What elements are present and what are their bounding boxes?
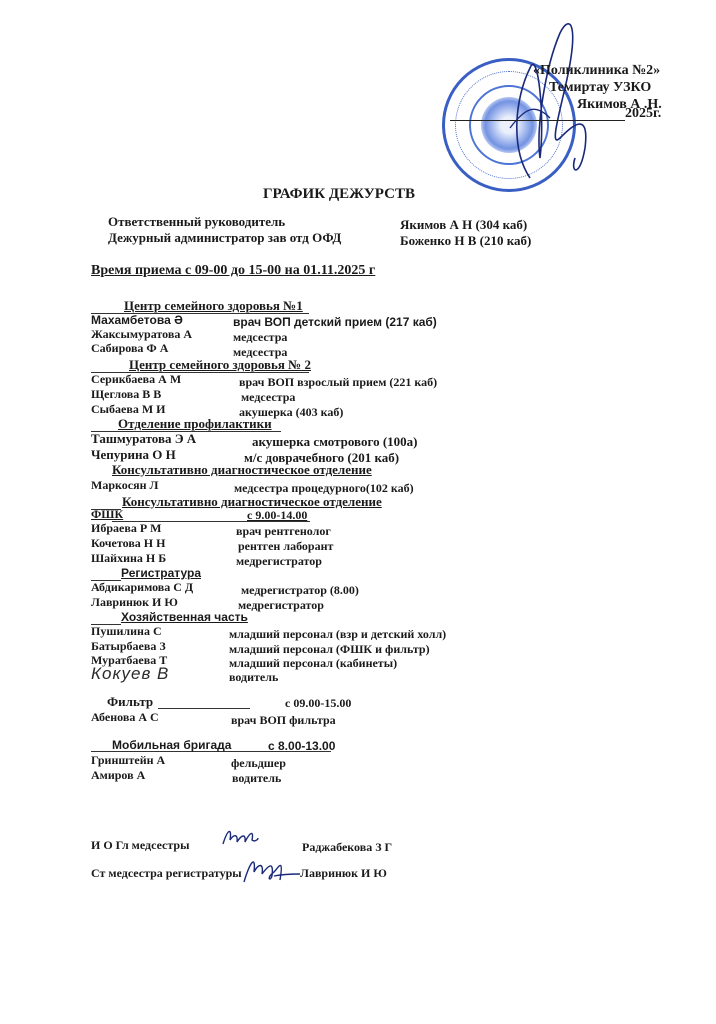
signature-position: И О Гл медсестры <box>91 838 189 853</box>
signature-position: Ст медсестра регистратуры <box>91 866 242 881</box>
staff-name: Шайхина Н Б <box>91 551 166 566</box>
signature-name: Лавринюк И Ю <box>300 866 387 881</box>
staff-name: Батырбаева З <box>91 639 166 654</box>
staff-role: водитель <box>229 670 278 685</box>
staff-name: Ташмуратова Э А <box>91 431 196 447</box>
responsible-name: Якимов А Н (304 каб) <box>400 217 527 233</box>
staff-role: врач ВОП детский прием (217 каб) <box>233 315 437 329</box>
staff-role: фельдшер <box>231 756 286 771</box>
approval-year: 2025г. <box>625 106 661 122</box>
subsection-fshk-time: с 9.00-14.00 <box>247 508 307 523</box>
section-title-registry: Регистратура <box>121 566 201 580</box>
filter-time: с 09.00-15.00 <box>285 696 351 711</box>
staff-role: врач ВОП фильтра <box>231 713 336 728</box>
staff-name: Сабирова Ф А <box>91 341 168 356</box>
mobile-time: с 8.00-13.00 <box>268 739 335 753</box>
signature-name: Раджабекова З Г <box>302 840 392 855</box>
staff-role: врач ВОП взрослый прием (221 каб) <box>239 375 437 390</box>
staff-name: Лавринюк И Ю <box>91 595 178 610</box>
approval-org: «Поликлиника №2» <box>533 63 660 79</box>
staff-name: Гринштейн А <box>91 753 165 768</box>
staff-name-handwritten: Кокуев В <box>91 664 169 684</box>
section-title-csz1: Центр семейного здоровья №1 <box>124 298 303 314</box>
staff-role: младший персонал (кабинеты) <box>229 656 397 671</box>
staff-role: рентген лаборант <box>238 539 333 554</box>
staff-name: Абдикаримова С Д <box>91 580 193 595</box>
staff-role: медсестра <box>241 390 295 405</box>
staff-role: медрегистратор (8.00) <box>241 583 359 598</box>
admin-name: Боженко Н В (210 каб) <box>400 233 531 249</box>
staff-name: Щеглова В В <box>91 387 161 402</box>
registry-nurse-signature-icon <box>240 852 302 884</box>
section-title-filter: Фильтр <box>107 694 153 710</box>
section-title-kdo: Консультативно диагностическое отделение <box>112 462 372 478</box>
staff-name: Махамбетова Ә <box>91 313 183 327</box>
staff-name: Ибраева Р М <box>91 521 161 536</box>
section-title-household: Хозяйственная часть <box>121 610 248 624</box>
admin-role: Дежурный администратор зав отд ОФД <box>108 230 341 246</box>
staff-role: медсестра <box>233 330 287 345</box>
staff-role: акушерка смотрового (100а) <box>252 434 417 450</box>
staff-name: Сыбаева М И <box>91 402 166 417</box>
subsection-fshk: ФШК <box>91 507 123 522</box>
page-title: ГРАФИК ДЕЖУРСТВ <box>263 186 415 203</box>
staff-name: Абенова А С <box>91 710 159 725</box>
staff-name: Маркосян Л <box>91 478 158 493</box>
staff-name: Пушилина С <box>91 624 162 639</box>
section-underline <box>158 708 250 709</box>
head-nurse-signature-icon <box>220 826 260 848</box>
section-title-prevention: Отделение профилактики <box>118 416 272 432</box>
staff-role: врач рентгенолог <box>236 524 331 539</box>
staff-name: Серикбаева А М <box>91 372 181 387</box>
staff-name: Жаксымуратова А <box>91 327 192 342</box>
staff-name: Кочетова Н Н <box>91 536 165 551</box>
reception-time: Время приема с 09-00 до 15-00 на 01.11.2… <box>91 263 375 279</box>
section-title-csz2: Центр семейного здоровья № 2 <box>129 357 311 373</box>
staff-role: медрегистратор <box>236 554 322 569</box>
staff-role: младший персонал (ФШК и фильтр) <box>229 642 430 657</box>
responsible-role: Ответственный руководитель <box>108 214 285 230</box>
approval-signature-line <box>450 120 625 121</box>
staff-role: водитель <box>232 771 281 786</box>
section-title-mobile: Мобильная бригада <box>112 738 231 752</box>
approval-location: Темиртау УЗКО <box>549 80 651 96</box>
staff-name: Амиров А <box>91 768 145 783</box>
staff-role: младший персонал (взр и детский холл) <box>229 627 446 642</box>
staff-role: медрегистратор <box>238 598 324 613</box>
staff-name: Чепурина О Н <box>91 447 176 463</box>
